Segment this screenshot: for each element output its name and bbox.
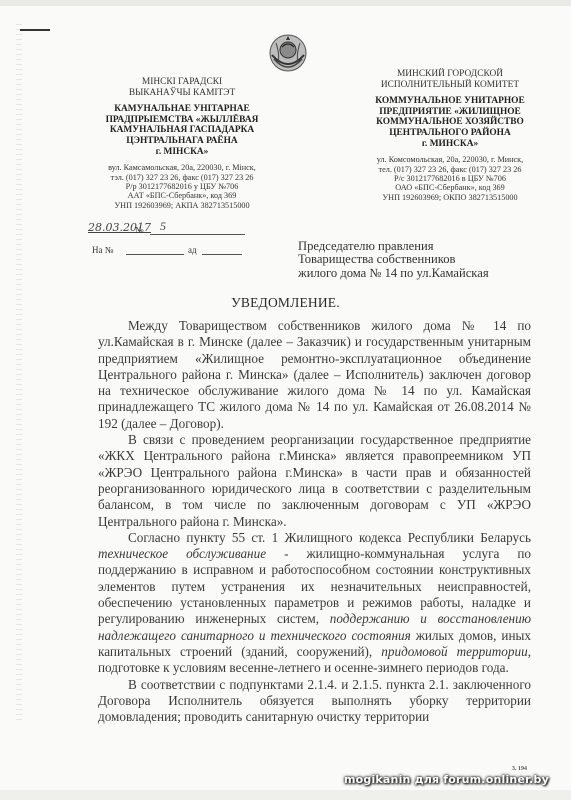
contact-line: УНП 192603969; ОКПО 382713515000 [350,193,550,202]
addressee-line: Председателю правления [298,240,489,253]
reply-date-underline [202,254,242,255]
page-mark: 3. 194 [512,766,527,772]
addressee-line: Товарищества собственников [298,253,489,266]
document-title: УВЕДОМЛЕНИЕ. [0,295,571,311]
contact-line: Р/с 3012177682016 в ЦБУ №706 [350,174,550,183]
scan-dash-mark [20,29,50,31]
document-body: Между Товариществом собственников жилого… [98,318,531,725]
contact-line: УНП 192603969; АКПА 382713515000 [82,201,282,210]
belarus-coat-of-arms-icon [268,33,308,73]
contact-line: тэл. (017) 327 23 26, факс (017) 327 23 … [82,173,282,182]
italic-term: придомовой территории [381,644,527,659]
scan-bottom-edge [0,790,571,800]
org-line: КОММУНАЛЬНОЕ УНИТАРНОЕ [350,96,550,107]
paragraph-reorganization: В связи с проведением реорганизации госу… [98,432,531,530]
contact-line: тел. (017) 327 23 26, факс (017) 327 23 … [350,165,550,174]
org-line: г. МІНСКА» [82,147,282,158]
document-page: МІНСКІ ГАРАДСКІ ВЫКАНАЎЧЫ КАМІТЭТ КАМУНА… [0,0,571,800]
header-right-russian: МИНСКИЙ ГОРОДСКОЙ ИСПОЛНИТЕЛЬНЫЙ КОМИТЕТ… [350,69,550,202]
authority-line: ИСПОЛНИТЕЛЬНЫЙ КОМИТЕТ [350,80,550,91]
paragraph-contract: Между Товариществом собственников жилого… [98,318,531,432]
contact-line: ул. Комсомольская, 20а, 220030, г. Минск… [350,155,550,164]
authority-line: МІНСКІ ГАРАДСКІ [82,77,282,88]
contact-line: Р/р 3012177682016 у ЦБУ №706 [82,182,282,191]
reply-date-label: ад [188,245,197,255]
addressee-line: жилого дома № 14 по ул.Камайская [298,267,489,280]
number-underline [150,234,245,235]
org-line: КАМУНАЛЬНАЯ ГАСПАДАРКА [82,125,282,136]
org-line: ЦЕНТРАЛЬНОГО РАЙОНА [350,128,550,139]
org-line: КАМУНАЛЬНАЕ УНІТАРНАЕ [82,104,282,115]
authority-line: МИНСКИЙ ГОРОДСКОЙ [350,69,550,80]
paragraph-obligations: В соответствии с подпунктами 2.1.4. и 2.… [98,677,531,726]
contact-line: ОАО «БПС-Сбербанк», код 369 [350,183,550,192]
org-line: КОММУНАЛЬНОЕ ХОЗЯЙСТВО [350,117,550,128]
org-line: ЦЭНТРАЛЬНАГА РАЁНА [82,136,282,147]
org-line: г. МИНСКА» [350,139,550,150]
org-line: ПРЕДПРИЯТИЕ «ЖИЛИЩНОЕ [350,107,550,118]
reply-number-underline [126,254,184,255]
paragraph-housing-code: Согласно пункту 55 ст. 1 Жилищного кодек… [98,530,531,677]
contact-line: вул. Камсамольская, 20а, 220030, г. Мінс… [82,163,282,172]
italic-term: техническое обслуживание [98,546,266,561]
watermark: mogikanin для forum.onliner.by [344,773,549,786]
reply-to-label: На № [92,245,113,255]
number-label: № [135,225,144,235]
authority-line: ВЫКАНАЎЧЫ КАМІТЭТ [82,88,282,99]
scan-punch-marks [16,24,22,724]
header-left-belarusian: МІНСКІ ГАРАДСКІ ВЫКАНАЎЧЫ КАМІТЭТ КАМУНА… [82,77,282,210]
addressee-block: Председателю правления Товарищества собс… [298,240,489,280]
org-line: ПРАДПРЫЕМСТВА «ЖЫЛЛЁВАЯ [82,115,282,126]
handwritten-number: 5 [160,219,166,234]
scan-top-edge [0,0,571,6]
contact-line: ААТ «БПС-Сбербанк», код 369 [82,191,282,200]
